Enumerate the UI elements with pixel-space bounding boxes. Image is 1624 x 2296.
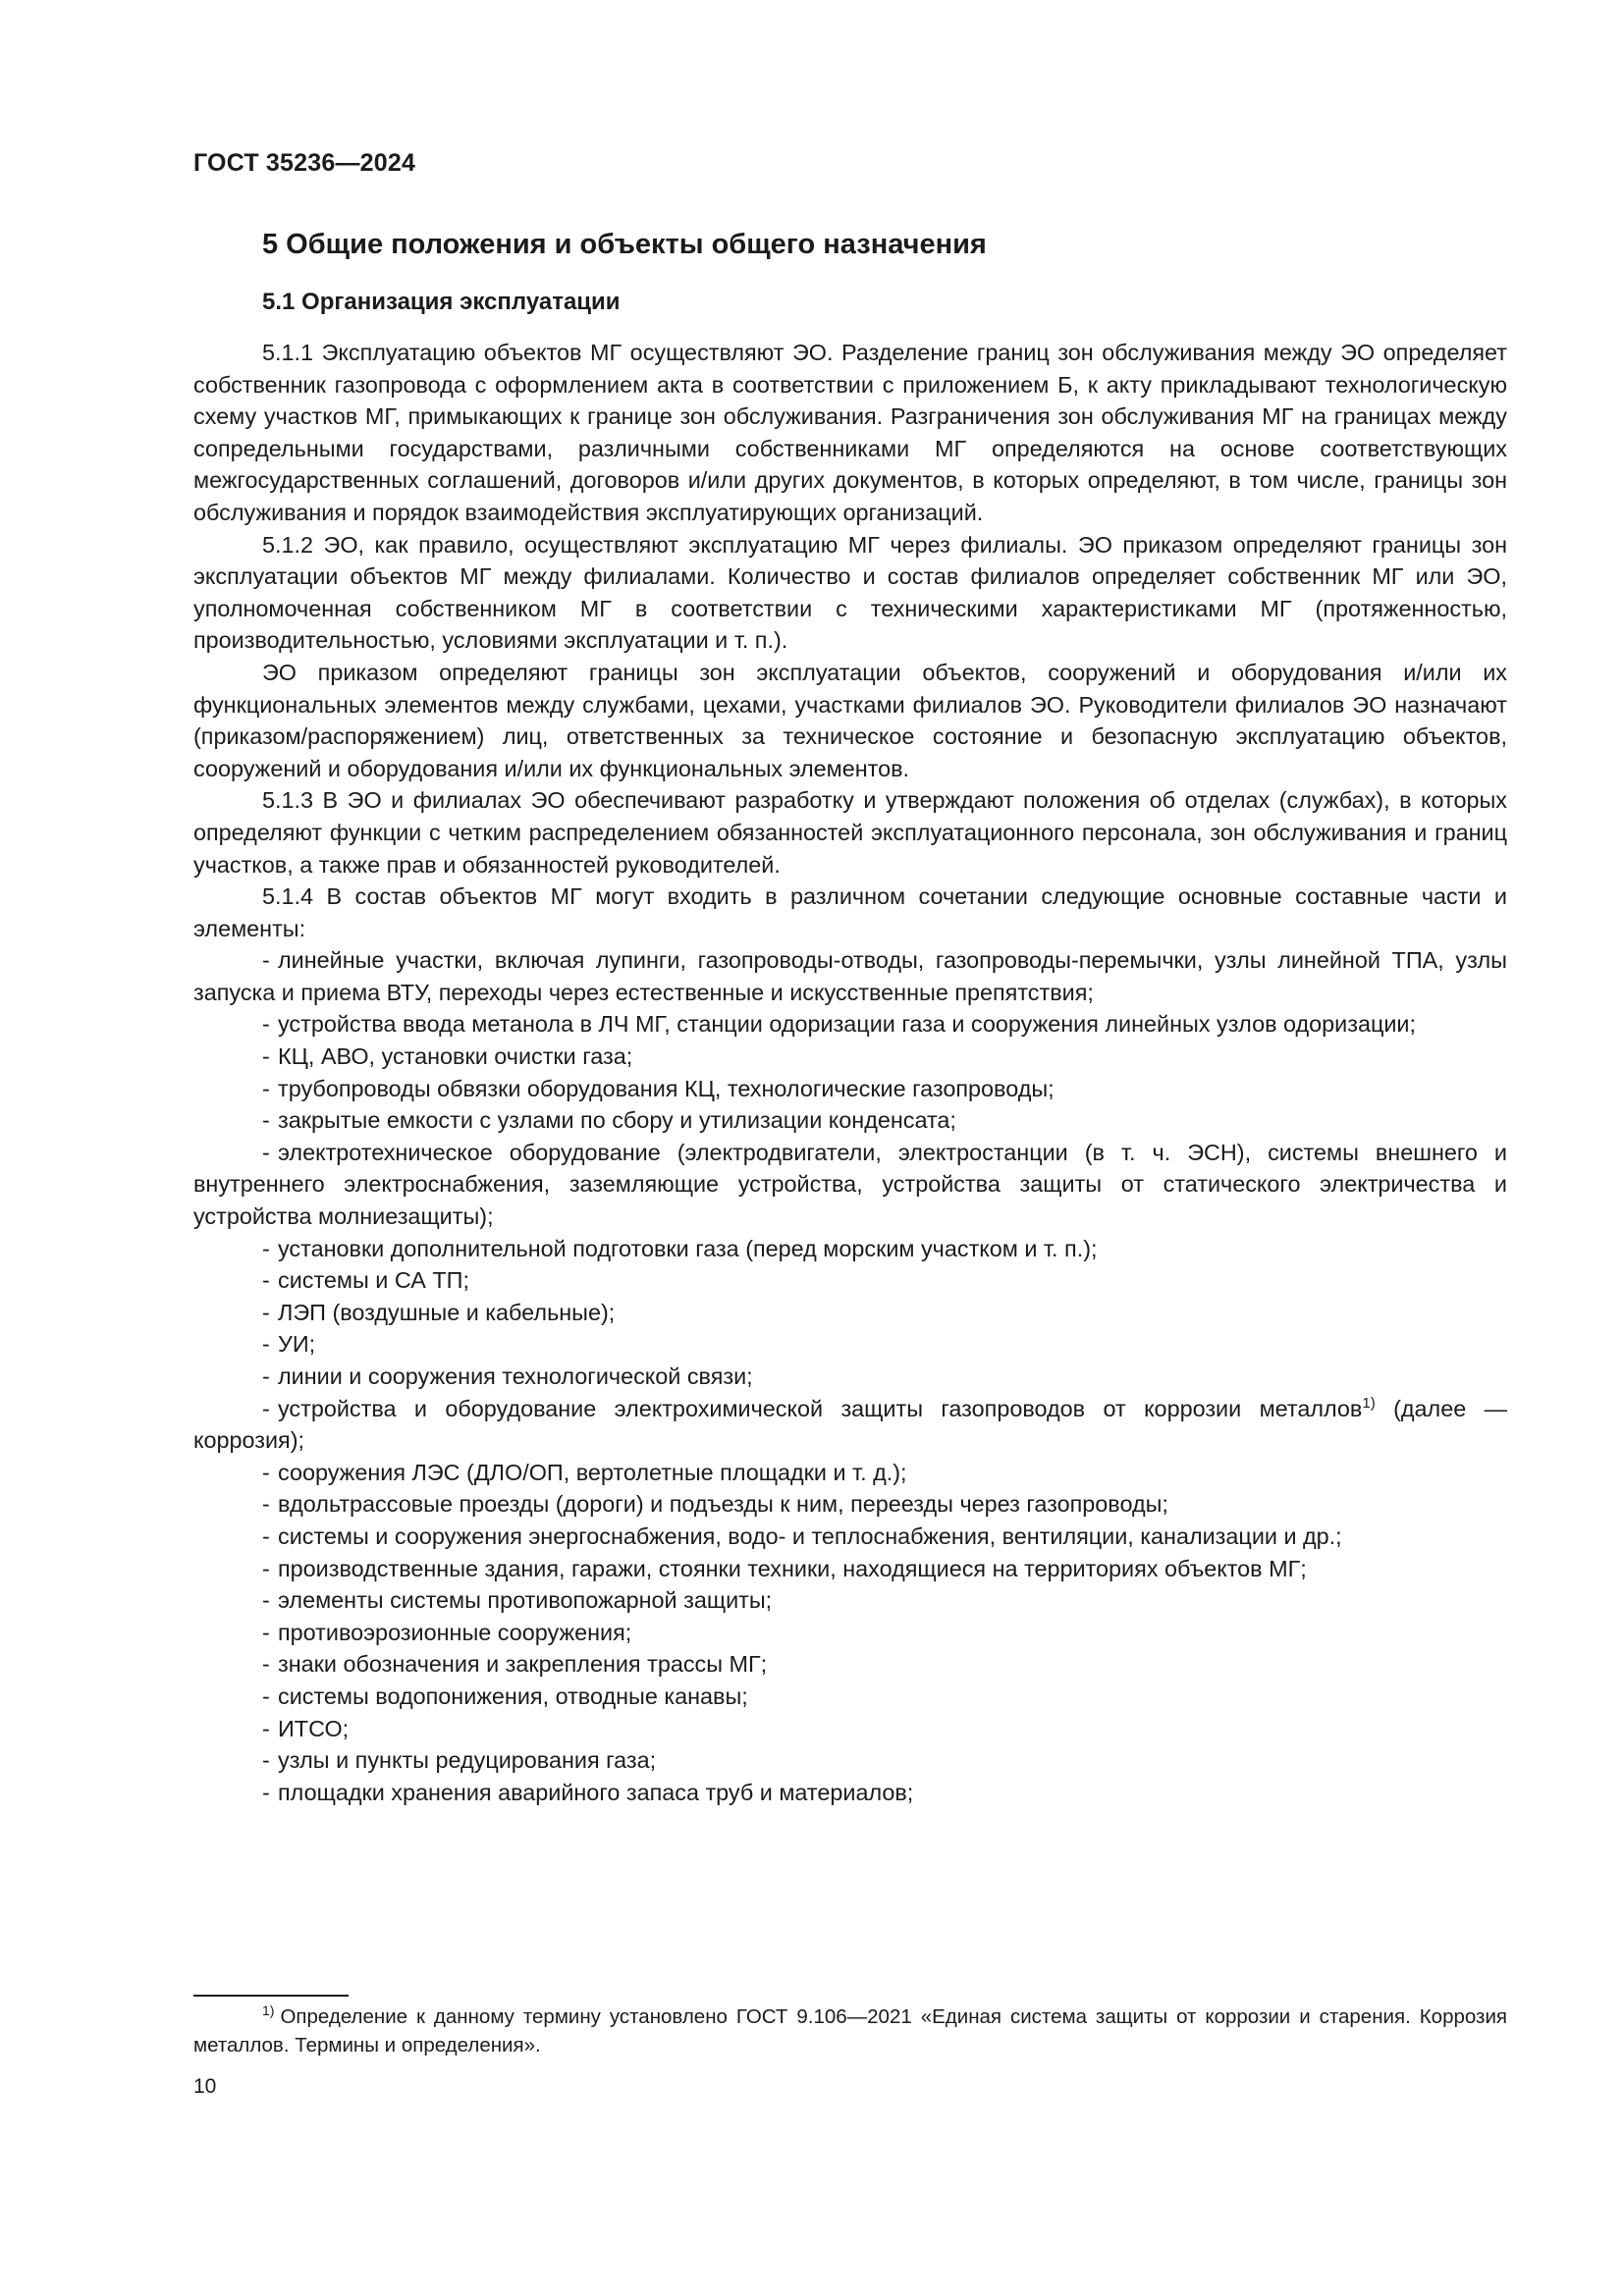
list-dash: - [262, 1137, 278, 1169]
paragraph-5-1-2: 5.1.2 ЭО, как правило, осуществляют эксп… [193, 529, 1507, 657]
list-item-text: линии и сооружения технологической связи… [278, 1363, 753, 1389]
footnote-reference[interactable]: 1) [1362, 1395, 1375, 1412]
list-item-text: производственные здания, гаражи, стоянки… [278, 1556, 1307, 1581]
list-item-text: площадки хранения аварийного запаса труб… [278, 1780, 913, 1805]
list-dash: - [262, 1521, 278, 1553]
list-dash: - [262, 1777, 278, 1809]
list-item: -системы и СА ТП; [193, 1264, 1507, 1297]
section-title: 5 Общие положения и объекты общего назна… [262, 226, 987, 263]
list-item-text: КЦ, АВО, установки очистки газа; [278, 1043, 632, 1069]
list-dash: - [262, 1713, 278, 1745]
list-dash: - [262, 1617, 278, 1649]
list-item: -системы и сооружения энергоснабжения, в… [193, 1521, 1507, 1553]
list-dash: - [262, 1584, 278, 1617]
list-item: -УИ; [193, 1328, 1507, 1361]
list-dash: - [262, 1393, 278, 1425]
list-item: -КЦ, АВО, установки очистки газа; [193, 1041, 1507, 1073]
list-item: -ЛЭП (воздушные и кабельные); [193, 1297, 1507, 1329]
subsection-title: 5.1 Организация эксплуатации [262, 287, 621, 318]
list-item-text: вдольтрассовые проезды (дороги) и подъез… [278, 1491, 1168, 1517]
list-dash: - [262, 1361, 278, 1393]
list-dash: - [262, 1233, 278, 1265]
list-item-text: противоэрозионные сооружения; [278, 1620, 631, 1645]
list-dash: - [262, 1648, 278, 1681]
list-item: -закрытые емкости с узлами по сбору и ут… [193, 1104, 1507, 1137]
page-number: 10 [193, 2073, 216, 2101]
list-dash: - [262, 1328, 278, 1361]
list-item: -площадки хранения аварийного запаса тру… [193, 1777, 1507, 1809]
list-dash: - [262, 1073, 278, 1105]
list-item: -производственные здания, гаражи, стоянк… [193, 1553, 1507, 1585]
components-list: -линейные участки, включая лупинги, газо… [193, 944, 1507, 1808]
list-item: -элементы системы противопожарной защиты… [193, 1584, 1507, 1617]
list-item-text: электротехническое оборудование (электро… [193, 1140, 1507, 1229]
list-dash: - [262, 1264, 278, 1297]
list-item: -электротехническое оборудование (электр… [193, 1137, 1507, 1233]
paragraph-5-1-4: 5.1.4 В состав объектов МГ могут входить… [193, 881, 1507, 944]
list-item-text: установки дополнительной подготовки газа… [278, 1236, 1098, 1261]
list-dash: - [262, 1457, 278, 1489]
list-item: -знаки обозначения и закрепления трассы … [193, 1648, 1507, 1681]
list-item-text: УИ; [278, 1331, 315, 1357]
list-item: -устройства ввода метанола в ЛЧ МГ, стан… [193, 1008, 1507, 1041]
list-item: -сооружения ЛЭС (ДЛО/ОП, вертолетные пло… [193, 1457, 1507, 1489]
list-dash: - [262, 1297, 278, 1329]
footnote-separator [193, 1995, 349, 1997]
list-dash: - [262, 944, 278, 977]
list-dash: - [262, 1681, 278, 1713]
list-dash: - [262, 1488, 278, 1521]
list-item-text: устройства и оборудование электрохимичес… [278, 1396, 1362, 1421]
footnote: 1)Определение к данному термину установл… [193, 2002, 1507, 2059]
list-item-text: узлы и пункты редуцирования газа; [278, 1747, 656, 1773]
list-item-text: знаки обозначения и закрепления трассы М… [278, 1651, 767, 1677]
list-item: -установки дополнительной подготовки газ… [193, 1233, 1507, 1265]
list-item: -вдольтрассовые проезды (дороги) и подъе… [193, 1488, 1507, 1521]
list-item-text: системы и СА ТП; [278, 1267, 469, 1293]
list-dash: - [262, 1041, 278, 1073]
body-text: 5.1.1 Эксплуатацию объектов МГ осуществл… [193, 337, 1507, 1808]
list-item: -трубопроводы обвязки оборудования КЦ, т… [193, 1073, 1507, 1105]
list-item: -линии и сооружения технологической связ… [193, 1361, 1507, 1393]
paragraph-5-1-2-continued: ЭО приказом определяют границы зон экспл… [193, 657, 1507, 784]
list-item: -узлы и пункты редуцирования газа; [193, 1744, 1507, 1777]
list-dash: - [262, 1008, 278, 1041]
list-item: -противоэрозионные сооружения; [193, 1617, 1507, 1649]
list-item-text: закрытые емкости с узлами по сбору и ути… [278, 1107, 956, 1133]
paragraph-5-1-1: 5.1.1 Эксплуатацию объектов МГ осуществл… [193, 337, 1507, 529]
list-dash: - [262, 1104, 278, 1137]
paragraph-5-1-3: 5.1.3 В ЭО и филиалах ЭО обеспечивают ра… [193, 784, 1507, 881]
list-item-text: элементы системы противопожарной защиты; [278, 1587, 772, 1613]
document-header: ГОСТ 35236—2024 [193, 147, 415, 179]
list-dash: - [262, 1744, 278, 1777]
list-item-text: линейные участки, включая лупинги, газоп… [193, 947, 1507, 1005]
list-item: -системы водопонижения, отводные канавы; [193, 1681, 1507, 1713]
list-item-with-footnote: -устройства и оборудование электрохимиче… [193, 1393, 1507, 1457]
list-item-text: системы водопонижения, отводные канавы; [278, 1683, 748, 1709]
list-item-text: устройства ввода метанола в ЛЧ МГ, станц… [278, 1011, 1416, 1037]
list-dash: - [262, 1553, 278, 1585]
list-item-text: ИТСО; [278, 1716, 349, 1741]
list-item: -ИТСО; [193, 1713, 1507, 1745]
list-item-text: ЛЭП (воздушные и кабельные); [278, 1300, 615, 1325]
list-item-text: системы и сооружения энергоснабжения, во… [278, 1523, 1342, 1549]
footnote-marker: 1) [262, 2002, 274, 2018]
list-item: -линейные участки, включая лупинги, газо… [193, 944, 1507, 1008]
footnote-text: Определение к данному термину установлен… [193, 2005, 1507, 2056]
list-item-text: трубопроводы обвязки оборудования КЦ, те… [278, 1076, 1055, 1101]
list-item-text: сооружения ЛЭС (ДЛО/ОП, вертолетные площ… [278, 1460, 907, 1485]
